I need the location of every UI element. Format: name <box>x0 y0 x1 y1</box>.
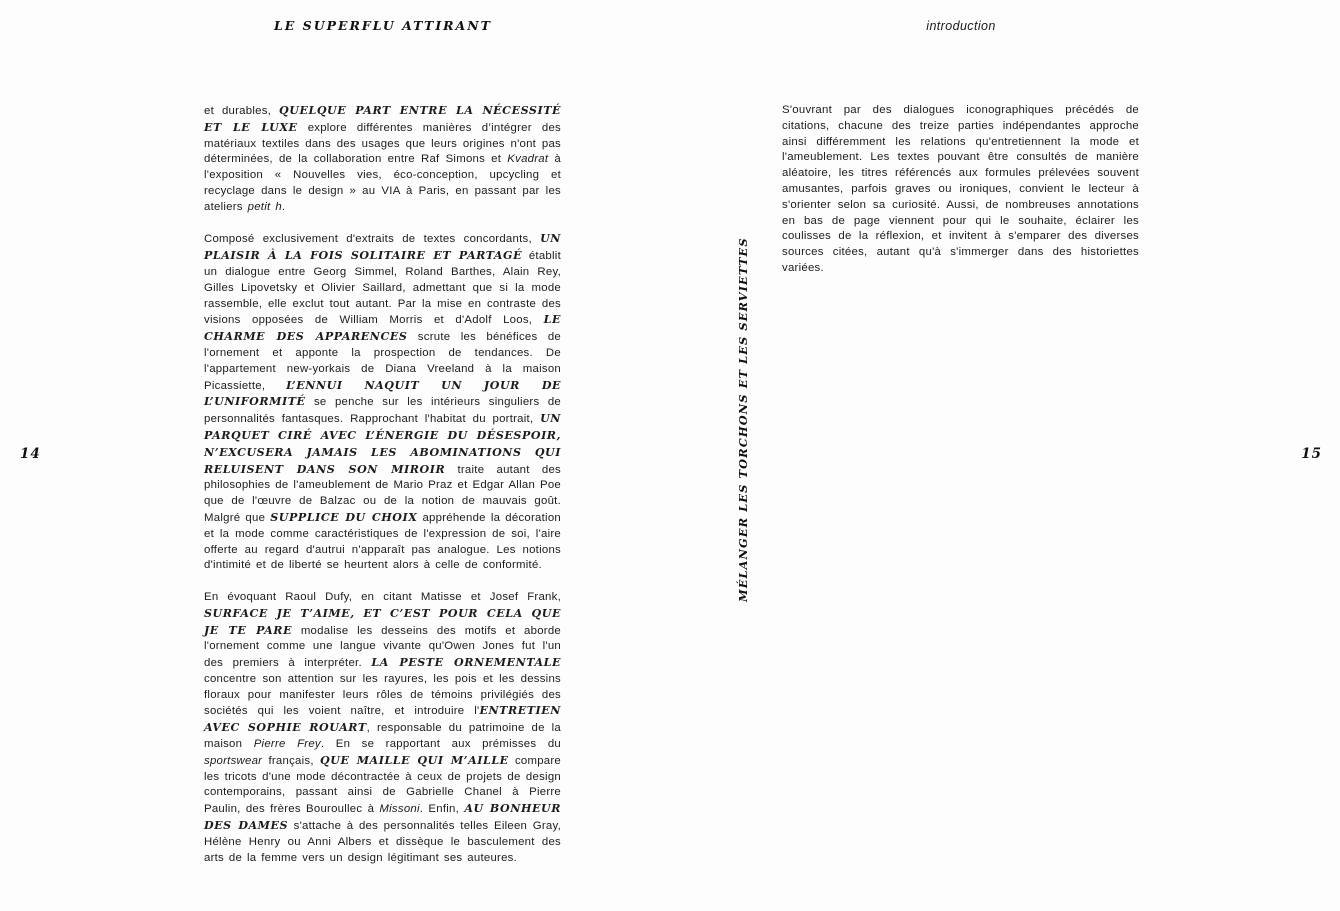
chapter-vertical-title: MÉLANGER LES TORCHONS ET LES SERVIETTES <box>736 310 752 602</box>
paragraph: et durables, QUELQUE PART ENTRE LA NÉCES… <box>204 103 561 216</box>
emphasis-run: Missoni <box>379 803 419 815</box>
text-run: . En se rapportant aux prémisses du <box>321 738 561 750</box>
text-run: . <box>282 201 285 213</box>
text-run: français, <box>262 755 320 767</box>
text-run: S'ouvrant par des dialogues iconographiq… <box>782 104 1139 274</box>
section-title-run: LA PESTE ORNEMENTALE <box>371 656 561 669</box>
page-number-left: 14 <box>20 446 41 462</box>
running-head-right: introduction <box>783 19 1139 33</box>
emphasis-run: sportswear <box>204 755 262 767</box>
section-title-run: QUE MAILLE QUI M’AILLE <box>320 754 509 767</box>
right-page-text-column: S'ouvrant par des dialogues iconographiq… <box>782 103 1139 277</box>
page-number-right: 15 <box>1301 446 1322 462</box>
paragraph: En évoquant Raoul Dufy, en citant Matiss… <box>204 590 561 867</box>
section-title-run: SUPPLICE DU CHOIX <box>270 511 417 524</box>
text-run: . Enfin, <box>420 803 465 815</box>
text-run: Composé exclusivement d'extraits de text… <box>204 233 540 245</box>
paragraph: S'ouvrant par des dialogues iconographiq… <box>782 103 1139 277</box>
emphasis-run: Kvadrat <box>507 153 548 165</box>
running-head-left: LE SUPERFLU ATTIRANT <box>205 18 561 33</box>
emphasis-run: Pierre Frey <box>254 738 321 750</box>
paragraph: Composé exclusivement d'extraits de text… <box>204 231 561 574</box>
left-page-text-column: et durables, QUELQUE PART ENTRE LA NÉCES… <box>204 103 561 866</box>
text-run: En évoquant Raoul Dufy, en citant Matiss… <box>204 591 561 603</box>
text-run: et durables, <box>204 105 279 117</box>
emphasis-run: petit h <box>248 201 282 213</box>
